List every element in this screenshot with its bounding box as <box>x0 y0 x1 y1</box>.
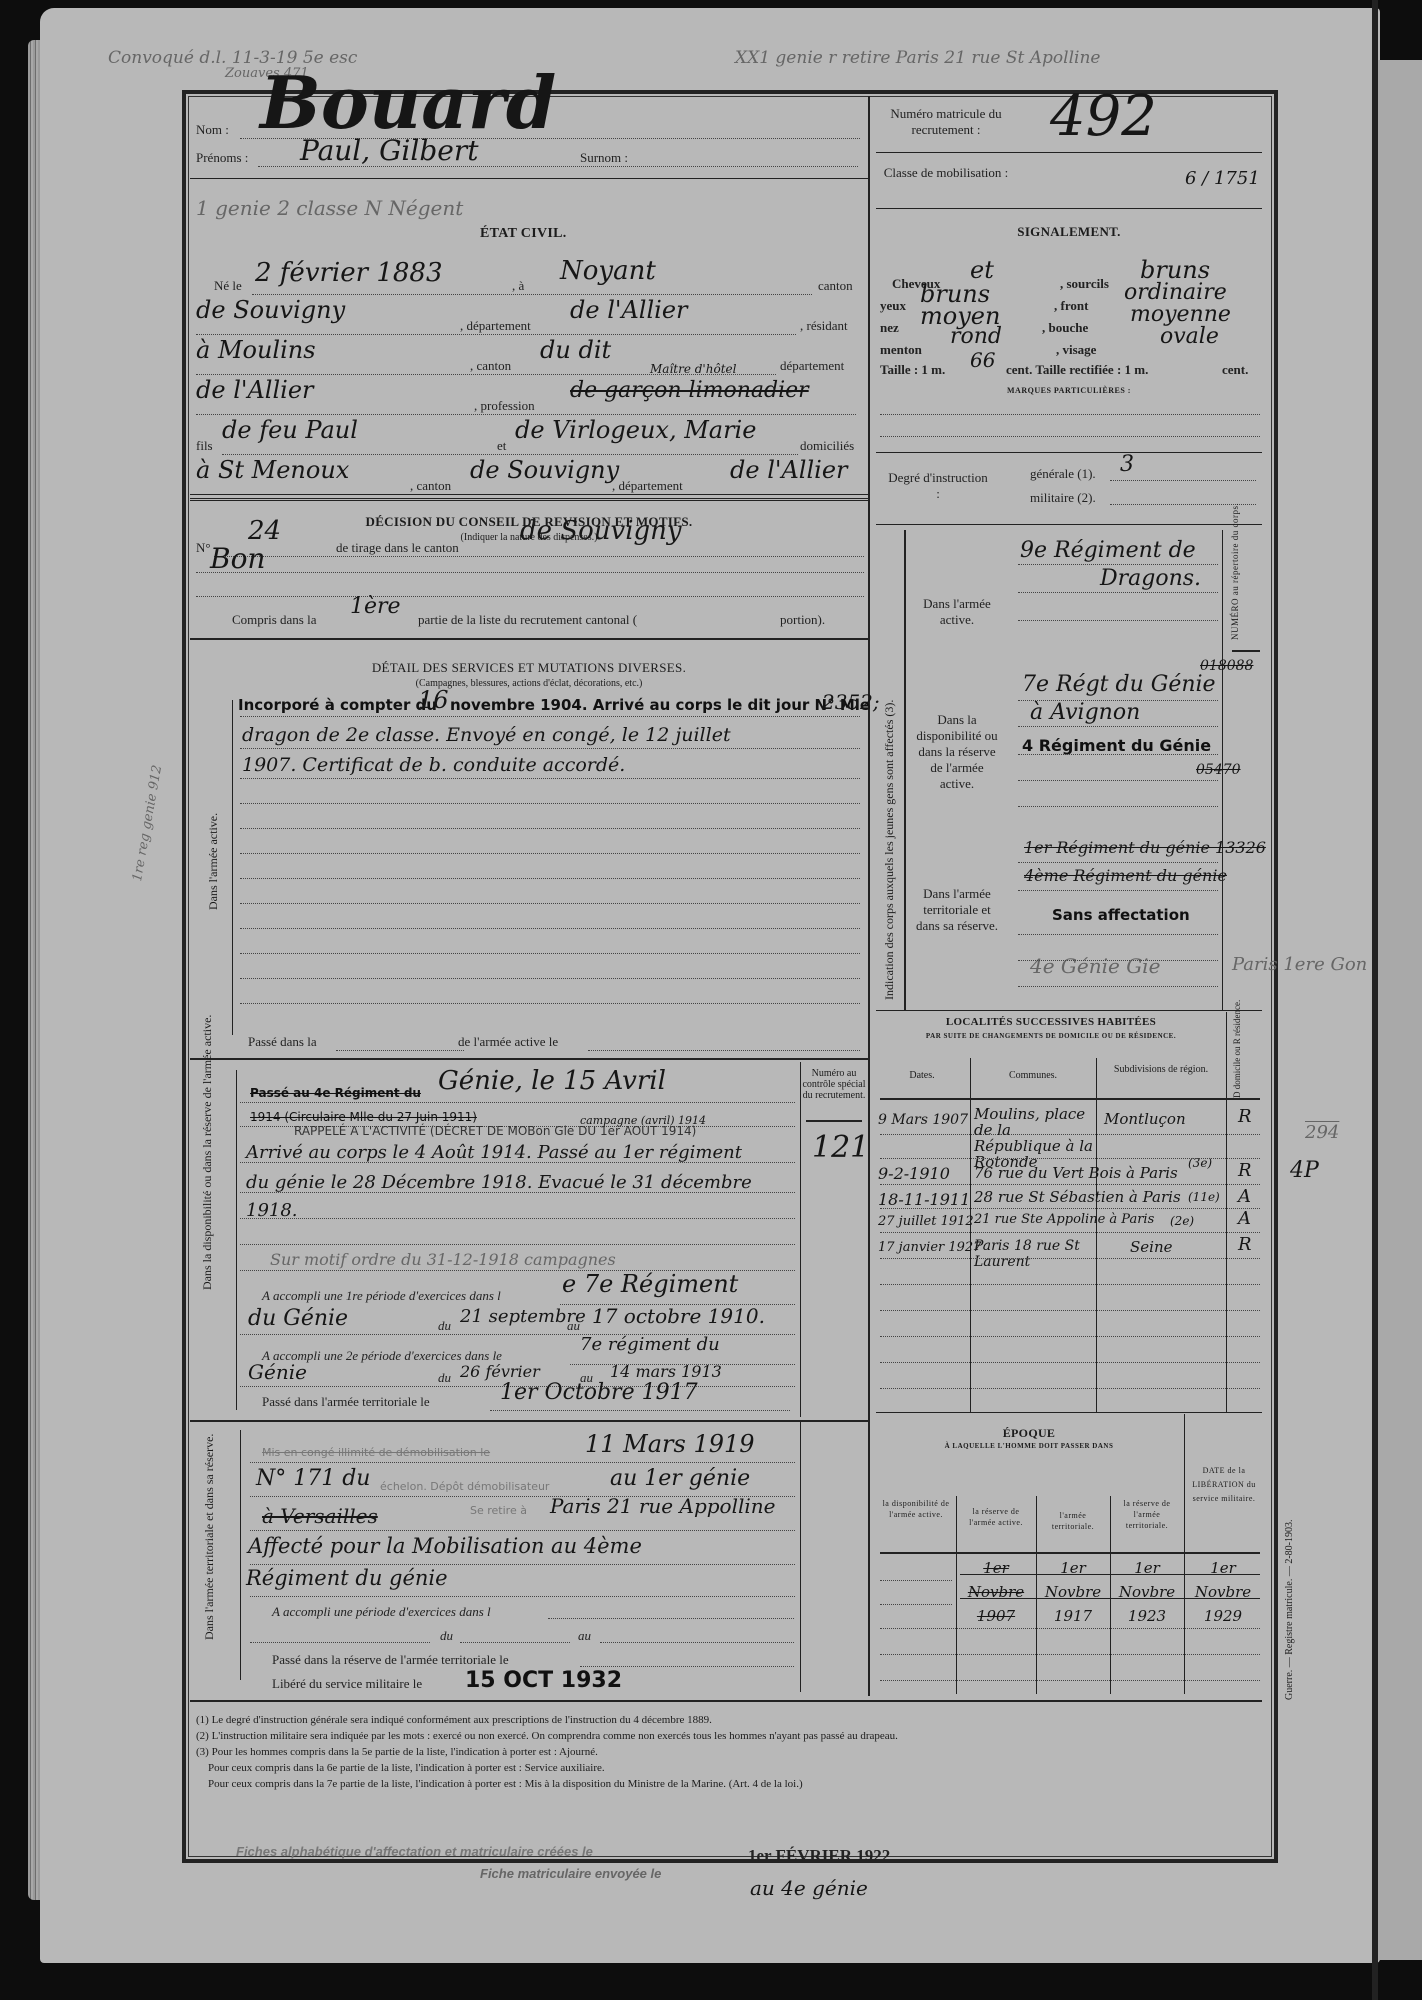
periode-2-corps: Génie <box>248 1360 307 1384</box>
services-line-2: dragon de 2e classe. Envoyé en congé, le… <box>242 724 731 746</box>
disponibilite-line-4: du génie le 28 Décembre 1918. Evacué le … <box>246 1172 752 1193</box>
localites-col-communes: Communes. <box>972 1070 1094 1081</box>
footnote-5: Pour ceux compris dans la 7e partie de l… <box>196 1776 1256 1792</box>
periode-2-from: 26 février <box>460 1362 540 1381</box>
classe-label: Classe de mobilisation : <box>876 165 1016 181</box>
localites-col-subdivisions: Subdivisions de région. <box>1098 1064 1224 1075</box>
fiche-note: au 4e génie <box>750 1876 868 1900</box>
affecte-line-2: Régiment du génie <box>246 1566 448 1590</box>
disponibilite-line-3: Arrivé au corps le 4 Août 1914. Passé au… <box>246 1142 742 1163</box>
margin-note-right-2: 4P <box>1290 1158 1319 1183</box>
services-title: DÉTAIL DES SERVICES ET MUTATIONS DIVERSE… <box>190 660 868 676</box>
retire-value: Paris 21 rue Appolline <box>550 1494 776 1518</box>
corps-dispo-value-2: à Avignon <box>1030 700 1140 725</box>
imprint: Guerre. — Registre matricule. — 2-80-190… <box>1284 1519 1295 1700</box>
parents-domicile: à St Menoux <box>196 456 349 484</box>
father-name: de feu Paul <box>222 416 358 444</box>
corps-terr-value-2: 4ème Régiment du génie <box>1024 866 1227 885</box>
epoque-col-disponibilite: la disponibilité de l'armée active. <box>878 1498 954 1520</box>
localites-col-dates: Dates. <box>876 1070 968 1081</box>
corps-dispo-value-1: 7e Régt du Génie <box>1022 672 1216 697</box>
epoque-col-territoriale: l'armée territoriale. <box>1038 1510 1108 1532</box>
periode-1-corps: du Génie <box>248 1306 348 1331</box>
corps-terr-stamp: Sans affectation <box>1052 906 1190 924</box>
marques-label: MARQUES PARTICULIÈRES : <box>876 386 1262 395</box>
corps-active-value-2: Dragons. <box>1100 566 1201 591</box>
affecte-line-1: Affecté pour la Mobilisation au 4ème <box>248 1534 642 1558</box>
fiches-label: Fiches alphabétique d'affectation et mat… <box>236 1844 593 1859</box>
nom-label: Nom : <box>196 122 229 138</box>
corps-dispo-label: Dans la disponibilité ou dans la réserve… <box>912 712 1002 792</box>
liberation-label: DATE de la LIBÉRATION du service militai… <box>1186 1464 1262 1506</box>
matricule-value: 492 <box>1050 84 1157 149</box>
numero-controle-value: 121 <box>812 1130 869 1165</box>
corps-terr-value-3: 4e Génie Gie <box>1030 954 1160 978</box>
corps-terr-value-1: 1er Régiment du génie 13326 <box>1024 838 1266 857</box>
margin-note-top-right: XX1 genie r retire Paris 21 rue St Apoll… <box>735 48 1100 68</box>
birth-date: 2 février 1883 <box>255 258 443 288</box>
periode-1-regiment: e 7e Régiment <box>562 1270 738 1298</box>
campagne-note: campagne (avril) 1914 <box>580 1114 706 1127</box>
epoque-col-reserve-territoriale: la réserve de l'armée territoriale. <box>1112 1498 1182 1531</box>
localites-title: LOCALITÉS SUCCESSIVES HABITÉES <box>876 1016 1226 1028</box>
instruction-label: Degré d'instruction : <box>888 470 988 502</box>
corps-dispo-stamp: 4 Régiment du Génie <box>1022 736 1211 755</box>
footnote-4: Pour ceux compris dans la 6e partie de l… <box>196 1760 1256 1776</box>
footnote-3: (3) Pour les hommes compris dans la 5e p… <box>196 1744 1256 1760</box>
birth-place: Noyant <box>560 256 656 286</box>
retire-struck: à Versailles <box>262 1504 378 1528</box>
nom-value: Bouard <box>260 60 556 145</box>
territoriale-side-label: Dans l'armée territoriale et dans sa rés… <box>202 1434 217 1640</box>
epoque-value-territoriale: 1er Novbre 1917 <box>1038 1556 1108 1628</box>
birth-canton: de Souvigny <box>196 296 345 324</box>
surnom-label: Surnom : <box>580 150 628 166</box>
visage-value: ovale <box>1160 324 1219 349</box>
residence-city: à Moulins <box>196 336 316 364</box>
menton-value: rond <box>950 324 1002 349</box>
libere-date-stamp: 15 OCT 1932 <box>465 1668 622 1693</box>
residence-departement: de l'Allier <box>196 376 314 404</box>
prenoms-value: Paul, Gilbert <box>300 134 478 167</box>
disponibilite-line-1: Génie, le 15 Avril <box>438 1066 666 1096</box>
services-line-3: 1907. Certificat de b. conduite accordé. <box>242 754 625 776</box>
profession-struck: de garçon limonadier <box>570 378 809 403</box>
parents-canton: de Souvigny <box>470 456 619 484</box>
disponibilite-line-6: Sur motif ordre du 31-12-1918 campagnes <box>270 1250 616 1269</box>
header-annotation: 1 genie 2 classe N Négent <box>196 196 463 220</box>
depot-demobilisateur: au 1er génie <box>610 1466 750 1491</box>
corps-dispo-num-struck: 018088 <box>1200 658 1253 674</box>
footnote-2: (2) L'instruction militaire sera indiqué… <box>196 1728 1256 1744</box>
epoque-value-reserve-active: 1er Novbre 1907 <box>960 1556 1032 1628</box>
corps-active-value-1: 9e Régiment de <box>1020 538 1196 563</box>
etat-civil-title: ÉTAT CIVIL. <box>480 226 567 242</box>
corps-terr-label: Dans l'armée territoriale et dans sa rés… <box>912 886 1002 934</box>
corps-terr-note: Paris 1ere Gon <box>1232 954 1367 975</box>
residence-canton: du dit <box>540 336 611 364</box>
disponibilite-line-1-stamp: Passé au 4e Régiment du <box>250 1086 421 1100</box>
corps-active-label: Dans l'armée active. <box>912 596 1002 628</box>
parents-departement: de l'Allier <box>730 456 848 484</box>
corps-dispo-num: 05470 <box>1196 762 1241 778</box>
profession-value: Maître d'hôtel <box>650 362 736 376</box>
footnote-1: (1) Le degré d'instruction générale sera… <box>196 1712 1256 1728</box>
conge-date: 11 Mars 1919 <box>585 1430 755 1458</box>
territoriale-date: 1er Octobre 1917 <box>500 1380 698 1405</box>
mother-name: de Virlogeux, Marie <box>515 416 756 444</box>
prenoms-label: Prénoms : <box>196 150 248 166</box>
liberation-value: 1er Novbre 1929 <box>1186 1556 1260 1628</box>
matricule-label: Numéro matricule du recrutement : <box>876 106 1016 138</box>
incorpore-number: 2352; <box>822 690 880 714</box>
birth-departement: de l'Allier <box>570 296 688 324</box>
decision-value: Bon <box>210 542 265 575</box>
localites-col-type: D domicile ou R résidence. <box>1232 1000 1242 1098</box>
column-divider <box>868 96 870 1696</box>
signalement-title: SIGNALEMENT. <box>876 224 1262 240</box>
services-side-label: Dans l'armée active. <box>206 813 221 910</box>
instruction-generale-value: 3 <box>1120 452 1134 477</box>
numero-controle-label: Numéro au contrôle spécial du recrutemen… <box>802 1068 866 1101</box>
echelon-number: N° 171 du <box>256 1466 370 1491</box>
classe-value: 6 / 1751 <box>1185 168 1260 189</box>
taille-value: 66 <box>970 348 995 372</box>
book-spine <box>1372 0 1378 2000</box>
decision-title: DÉCISION DU CONSEIL DE REVISION ET MOTIF… <box>190 514 868 530</box>
disponibilite-side-label: Dans la disponibilité ou dans la réserve… <box>200 1015 215 1290</box>
footnotes: (1) Le degré d'instruction générale sera… <box>196 1712 1256 1792</box>
periode-2-regiment: 7e régiment du <box>580 1334 720 1355</box>
periode-1-to: 17 octobre 1910. <box>592 1304 765 1328</box>
fiche-date-stamp: 1er FÉVRIER 1922 <box>748 1846 890 1866</box>
epoque-col-reserve-active: la réserve de l'armée active. <box>958 1506 1034 1528</box>
margin-note-right-1: 294 <box>1305 1122 1339 1143</box>
compris-partie: 1ère <box>350 594 401 619</box>
numero-repertoire-label: NUMÉRO au répertoire du corps. <box>1230 503 1240 640</box>
corps-side-label: Indication des corps auxquels les jeunes… <box>882 700 897 1000</box>
epoque-title: ÉPOQUE <box>876 1426 1182 1441</box>
fiche-envoyee-label: Fiche matriculaire envoyée le <box>480 1866 661 1881</box>
epoque-value-reserve-territoriale: 1er Novbre 1923 <box>1112 1556 1182 1628</box>
incorpore-stamp: Incorporé à compter du <box>238 696 437 714</box>
incorpore-date: 16 <box>418 686 449 714</box>
facing-page <box>1372 60 1422 1960</box>
periode-2-to: 14 mars 1913 <box>610 1362 722 1381</box>
disponibilite-line-2: 1914 (Circulaire Mlle du 27 Juin 1911) <box>250 1110 477 1124</box>
